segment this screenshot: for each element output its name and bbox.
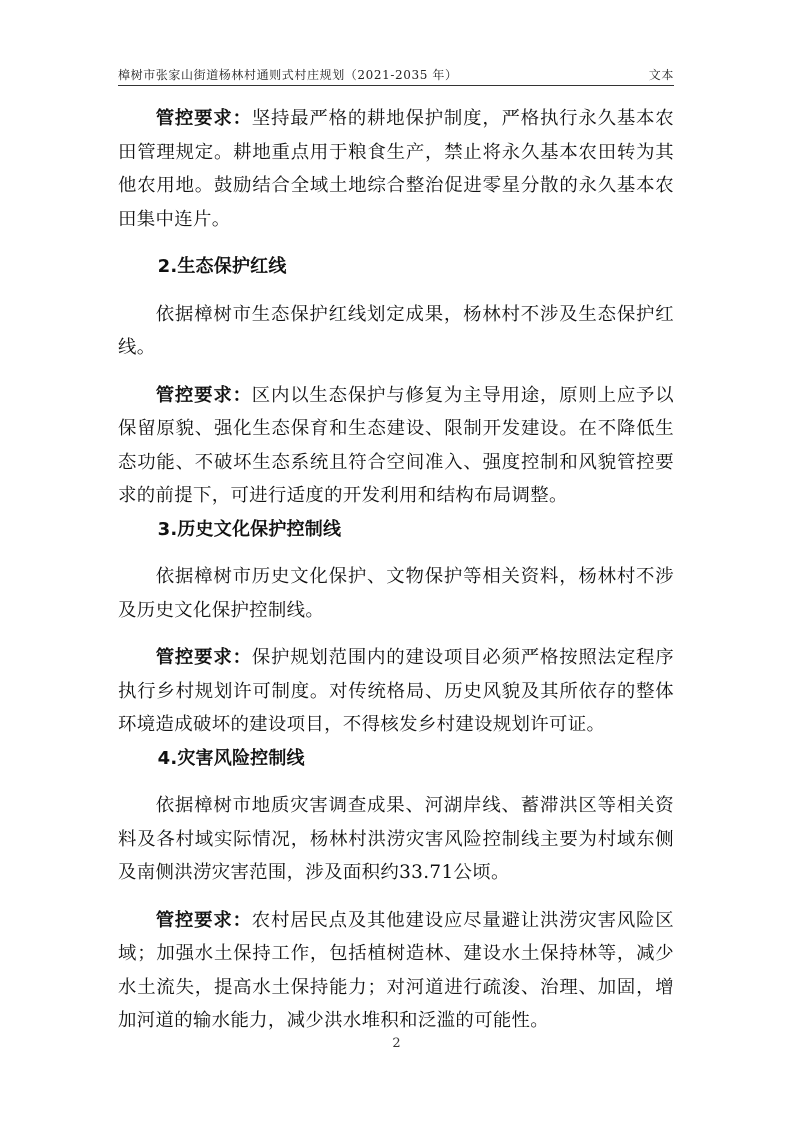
document-title: 樟树市张家山街道杨林村通则式村庄规划（2021-2035 年） xyxy=(118,66,458,83)
paragraph-text: 依据樟树市地质灾害调查成果、河湖岸线、蓄滞洪区等相关资料及各村域实际情况，杨林村… xyxy=(118,795,674,883)
historical-cultural-basis: 依据樟树市历史文化保护、文物保护等相关资料，杨林村不涉及历史文化保护控制线。 xyxy=(118,560,674,627)
section-heading-ecological-redline: 2.生态保护红线 xyxy=(118,250,674,284)
spacer xyxy=(118,365,674,379)
paragraph-text: 依据樟树市生态保护红线划定成果，杨林村不涉及生态保护红线。 xyxy=(118,304,674,359)
page-header: 樟树市张家山街道杨林村通则式村庄规划（2021-2035 年） 文本 xyxy=(118,64,674,86)
disaster-control-requirements: 管控要求：农村居民点及其他建设应尽量避让洪涝灾害风险区域；加强水土保持工作，包括… xyxy=(118,904,674,1038)
requirement-label: 管控要求： xyxy=(156,385,252,406)
ecological-redline-basis: 依据樟树市生态保护红线划定成果，杨林村不涉及生态保护红线。 xyxy=(118,298,674,365)
page-number: 2 xyxy=(0,1036,793,1051)
requirement-label: 管控要求： xyxy=(156,647,252,668)
section-heading-disaster-risk: 4.灾害风险控制线 xyxy=(118,742,674,776)
spacer xyxy=(118,775,674,789)
paragraph-text: 依据樟树市历史文化保护、文物保护等相关资料，杨林村不涉及历史文化保护控制线。 xyxy=(118,566,674,621)
spacer xyxy=(118,236,674,250)
farmland-control-requirements: 管控要求：坚持最严格的耕地保护制度，严格执行永久基本农田管理规定。耕地重点用于粮… xyxy=(118,102,674,236)
spacer xyxy=(118,546,674,560)
historical-control-requirements: 管控要求：保护规划范围内的建设项目必须严格按照法定程序执行乡村规划许可制度。对传… xyxy=(118,641,674,742)
spacer xyxy=(118,284,674,298)
spacer xyxy=(118,890,674,904)
requirement-label: 管控要求： xyxy=(156,108,252,129)
page-content: 管控要求：坚持最严格的耕地保护制度，严格执行永久基本农田管理规定。耕地重点用于粮… xyxy=(118,102,674,1038)
spacer xyxy=(118,627,674,641)
ecological-control-requirements: 管控要求：区内以生态保护与修复为主导用途，原则上应予以保留原貌、强化生态保育和生… xyxy=(118,379,674,513)
section-label: 文本 xyxy=(649,66,674,83)
disaster-risk-basis: 依据樟树市地质灾害调查成果、河湖岸线、蓄滞洪区等相关资料及各村域实际情况，杨林村… xyxy=(118,789,674,890)
requirement-label: 管控要求： xyxy=(156,910,252,931)
section-heading-historical-cultural: 3.历史文化保护控制线 xyxy=(118,513,674,547)
